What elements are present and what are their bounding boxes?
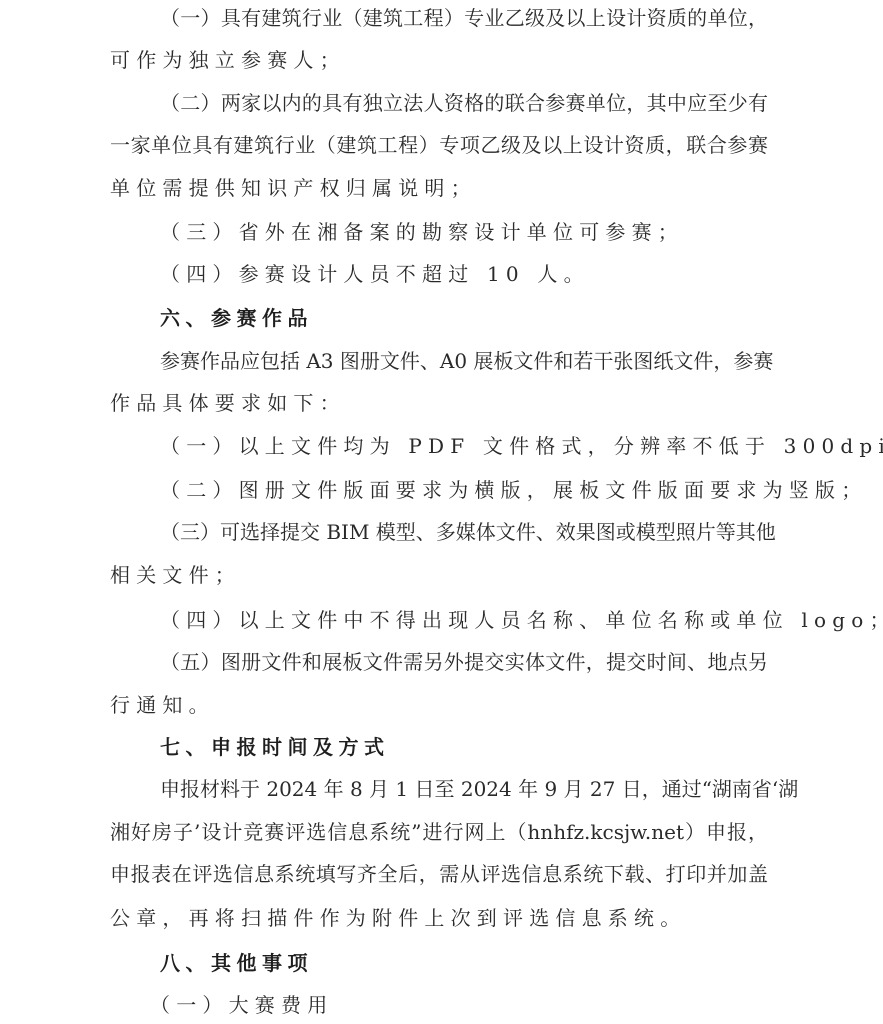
paragraph-line-eligibility-2b: 一家单位具有建筑行业（建筑工程）专项乙级及以上设计资质，联合参赛: [110, 130, 768, 160]
paragraph-line-eligibility-2: （二）两家以内的具有独立法人资格的联合参赛单位，其中应至少有: [160, 88, 768, 118]
paragraph-line-entries-intro: 参赛作品应包括 A3 图册文件、A0 展板文件和若干张图纸文件，参赛: [160, 346, 768, 376]
paragraph-line-other-1: （一）大赛费用: [150, 990, 333, 1020]
paragraph-line-entries-5: （五）图册文件和展板文件需另外提交实体文件，提交时间、地点另: [160, 647, 768, 677]
paragraph-line-submission-1: 申报材料于 2024 年 8 月 1 日至 2024 年 9 月 27 日，通过…: [160, 774, 768, 804]
paragraph-line-eligibility-2c: 单位需提供知识产权归属说明；: [110, 173, 477, 203]
paragraph-line-entries-3b: 相关文件；: [110, 560, 241, 590]
paragraph-line-submission-1d: 公章，再将扫描件作为附件上次到评选信息系统。: [110, 903, 686, 933]
section-heading-entries: 六、参赛作品: [160, 303, 313, 333]
section-heading-submission: 七、申报时间及方式: [160, 732, 390, 762]
paragraph-line-entries-4: （四）以上文件中不得出现人员名称、单位名称或单位 logo；: [160, 605, 883, 635]
paragraph-line-eligibility-3: （三）省外在湘备案的勘察设计单位可参赛；: [160, 217, 684, 247]
paragraph-line-entries-5b: 行通知。: [110, 690, 215, 720]
paragraph-line-submission-1c: 申报表在评选信息系统填写齐全后，需从评选信息系统下载、打印并加盖: [110, 859, 768, 889]
paragraph-line-eligibility-1: （一）具有建筑行业（建筑工程）专业乙级及以上设计资质的单位，: [160, 3, 768, 33]
paragraph-line-eligibility-1b: 可作为独立参赛人；: [110, 45, 346, 75]
paragraph-line-submission-1b: 湘好房子’设计竞赛评选信息系统”进行网上（hnhfz.kcsjw.net）申报，: [110, 817, 768, 847]
paragraph-line-entries-3: （三）可选择提交 BIM 模型、多媒体文件、效果图或模型照片等其他: [160, 517, 768, 547]
paragraph-line-eligibility-4: （四）参赛设计人员不超过 10 人。: [160, 259, 590, 289]
section-heading-other: 八、其他事项: [160, 948, 313, 978]
paragraph-line-entries-intro-b: 作品具体要求如下：: [110, 388, 346, 418]
paragraph-line-entries-2: （二）图册文件版面要求为横版，展板文件版面要求为竖版；: [160, 475, 867, 505]
paragraph-line-entries-1: （一）以上文件均为 PDF 文件格式，分辨率不低于 300dpi；: [160, 431, 883, 461]
